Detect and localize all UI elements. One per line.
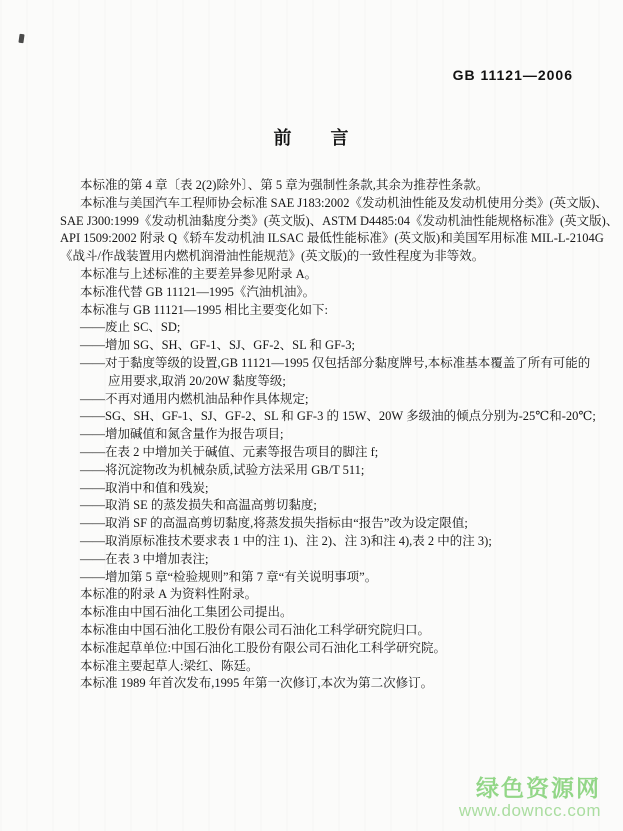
text-line: API 1509:2002 附录 Q《轿车发动机油 ILSAC 最低性能标准》(… — [60, 230, 595, 248]
text-line: ——取消 SE 的蒸发损失和高温高剪切黏度; — [60, 497, 595, 515]
text-line: ——对于黏度等级的设置,GB 11121—1995 仅包括部分黏度牌号,本标准基… — [60, 355, 595, 373]
standard-number: GB 11121—2006 — [453, 67, 573, 83]
text-line: ——在表 3 中增加表注; — [60, 551, 595, 569]
scan-speck — [18, 34, 24, 44]
foreword-body-text: 本标准的第 4 章〔表 2(2)除外〕、第 5 章为强制性条款,其余为推荐性条款… — [60, 177, 595, 693]
text-line: 本标准由中国石油化工集团公司提出。 — [60, 604, 595, 622]
text-line: SAE J300:1999《发动机油黏度分类》(英文版)、ASTM D4485:… — [60, 213, 595, 231]
text-line: ——取消原标准技术要求表 1 中的注 1)、注 2)、注 3)和注 4),表 2… — [60, 533, 595, 551]
text-line: 本标准与美国汽车工程师协会标准 SAE J183:2002《发动机油性能及发动机… — [60, 195, 595, 213]
text-line: ——增加 SG、SH、GF-1、SJ、GF-2、SL 和 GF-3; — [60, 337, 595, 355]
text-line: ——废止 SC、SD; — [60, 319, 595, 337]
watermark-site-name: 绿色资源网 — [459, 776, 601, 801]
watermark: 绿色资源网 www.downcc.com — [459, 776, 601, 821]
text-line: 本标准主要起草人:梁红、陈廷。 — [60, 658, 595, 676]
text-line: 本标准与上述标准的主要差异参见附录 A。 — [60, 266, 595, 284]
text-line: 本标准与 GB 11121—1995 相比主要变化如下: — [60, 302, 595, 320]
text-line: ——不再对通用内燃机油品种作具体规定; — [60, 391, 595, 409]
text-line: ——在表 2 中增加关于碱值、元素等报告项目的脚注 f; — [60, 444, 595, 462]
text-line: ——将沉淀物改为机械杂质,试验方法采用 GB/T 511; — [60, 462, 595, 480]
text-line: 本标准代替 GB 11121—1995《汽油机油》。 — [60, 284, 595, 302]
text-line: ——取消 SF 的高温高剪切黏度,将蒸发损失指标由“报告”改为设定限值; — [60, 515, 595, 533]
text-line: 本标准的附录 A 为资料性附录。 — [60, 586, 595, 604]
text-line: ——SG、SH、GF-1、SJ、GF-2、SL 和 GF-3 的 15W、20W… — [60, 408, 595, 426]
text-line: 本标准 1989 年首次发布,1995 年第一次修订,本次为第二次修订。 — [60, 675, 595, 693]
text-line: 应用要求,取消 20/20W 黏度等级; — [60, 373, 595, 391]
text-line: 本标准的第 4 章〔表 2(2)除外〕、第 5 章为强制性条款,其余为推荐性条款… — [60, 177, 595, 195]
text-line: 本标准起草单位:中国石油化工股份有限公司石油化工科学研究院。 — [60, 640, 595, 658]
text-line: 本标准由中国石油化工股份有限公司石油化工科学研究院归口。 — [60, 622, 595, 640]
page-title: 前 言 — [0, 124, 623, 150]
text-line: 《战斗/作战装置用内燃机润滑油性能规范》(英文版)的一致性程度为非等效。 — [60, 248, 595, 266]
text-line: ——增加碱值和氮含量作为报告项目; — [60, 426, 595, 444]
text-line: ——取消中和值和残炭; — [60, 480, 595, 498]
watermark-site-url: www.downcc.com — [459, 801, 601, 821]
document-page: GB 11121—2006 前 言 本标准的第 4 章〔表 2(2)除外〕、第 … — [0, 0, 623, 831]
text-line: ——增加第 5 章“检验规则”和第 7 章“有关说明事项”。 — [60, 569, 595, 587]
